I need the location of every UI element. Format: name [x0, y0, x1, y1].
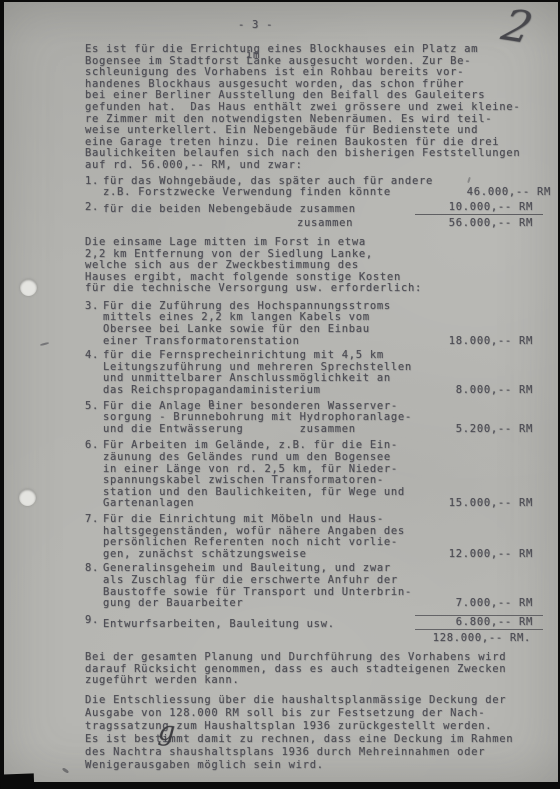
item-number: 4.: [85, 350, 103, 362]
item-description: Für die Anlage einer besonderen Wasserve…: [103, 401, 415, 436]
item-description: für die Fernsprecheinrichtung mit 4,5 km…: [103, 350, 415, 396]
scan-edge-bottom: [0, 782, 560, 789]
cost-item-1: 1. für das Wohngebäude, das später auch …: [85, 176, 533, 199]
subtotal-amount: 56.000,-- RM: [353, 218, 533, 230]
scan-edge-top: [0, 0, 560, 2]
scan-edge-left: [0, 0, 4, 789]
total-row: 128.000,-- RM.: [85, 633, 533, 645]
subtotal-row: zusammen 56.000,-- RM: [85, 218, 533, 230]
subtotal-label: zusammen: [297, 218, 353, 230]
typed-insertion-n: n: [208, 398, 215, 410]
item-number: 1.: [85, 176, 103, 188]
item-amount: 12.000,-- RM: [415, 549, 533, 561]
item-number: 2.: [85, 202, 103, 214]
item-number: 5.: [85, 401, 103, 413]
middle-paragraph: Die einsame Lage mitten im Forst in etwa…: [85, 237, 533, 295]
item-description: Generalinsgeheim und Bauleitung, und zwa…: [103, 563, 415, 609]
item-description: Für die Zuführung des Hochspannungsstrom…: [103, 301, 415, 347]
item-number: 7.: [85, 514, 103, 526]
cost-item-9: 9. Entwurfsarbeiten, Bauleitung usw. 6.8…: [85, 615, 533, 631]
item-amount: 6.800,-- RM: [415, 615, 543, 631]
item-number: 9.: [85, 615, 103, 627]
total-amount: 128.000,-- RM.: [85, 633, 533, 645]
item-amount: 7.000,-- RM: [415, 598, 533, 610]
document-body: Es ist für die Errichtung eines Blockhau…: [85, 44, 533, 772]
item-amount: 15.000,-- RM: [415, 498, 533, 510]
item-description: Für Arbeiten im Gelände, z.B. für die Ei…: [103, 440, 415, 510]
item-description: Für die Einrichtung mit Möbeln und Haus-…: [103, 514, 415, 560]
cost-item-6: 6. Für Arbeiten im Gelände, z.B. für die…: [85, 440, 533, 510]
cost-item-2: 2. für die beiden Nebengebäude zusammen …: [85, 202, 533, 216]
scan-edge-bottom-corner: [0, 773, 34, 789]
item-number: 3.: [85, 301, 103, 313]
cost-item-5: 5. Für die Anlage einer besonderen Wasse…: [85, 401, 533, 436]
intro-paragraph: Es ist für die Errichtung eines Blockhau…: [85, 44, 533, 172]
punch-hole-top: [20, 279, 37, 296]
typed-insertion-im: im: [246, 50, 260, 62]
item-description: Entwurfsarbeiten, Bauleitung usw.: [103, 619, 415, 631]
pencil-mark: [62, 767, 69, 773]
cost-item-3: 3. Für die Zuführung des Hochspannungsst…: [85, 301, 533, 347]
punch-hole-bottom: [19, 489, 36, 506]
cost-item-4: 4. für die Fernsprecheinrichtung mit 4,5…: [85, 350, 533, 396]
item-description: für das Wohngebäude, das später auch für…: [103, 176, 433, 199]
closing-paragraph-2: Die Entschliessung über die haushaltspla…: [85, 694, 533, 772]
item-amount: 10.000,-- RM: [415, 202, 543, 216]
pencil-mark: [40, 342, 49, 346]
item-number: 6.: [85, 440, 103, 452]
item-description: für die beiden Nebengebäude zusammen: [103, 204, 415, 216]
item-number: 8.: [85, 563, 103, 575]
page-number: - 3 -: [238, 20, 273, 32]
cost-item-7: 7. Für die Einrichtung mit Möbeln und Ha…: [85, 514, 533, 560]
cost-item-8: 8. Generalinsgeheim und Bauleitung, und …: [85, 563, 533, 609]
item-amount: 46.000,-- RM: [433, 187, 551, 199]
handwritten-correction-g: g: [157, 715, 176, 747]
item-amount: 18.000,-- RM: [415, 336, 533, 348]
closing-paragraph-1: Bei der gesamten Planung und Durchführun…: [85, 652, 533, 687]
item-amount: 5.200,-- RM: [415, 424, 533, 436]
scanned-document-page: - 3 - 2 Es ist für die Errichtung eines …: [0, 0, 560, 789]
item-amount: 8.000,-- RM: [415, 385, 533, 397]
